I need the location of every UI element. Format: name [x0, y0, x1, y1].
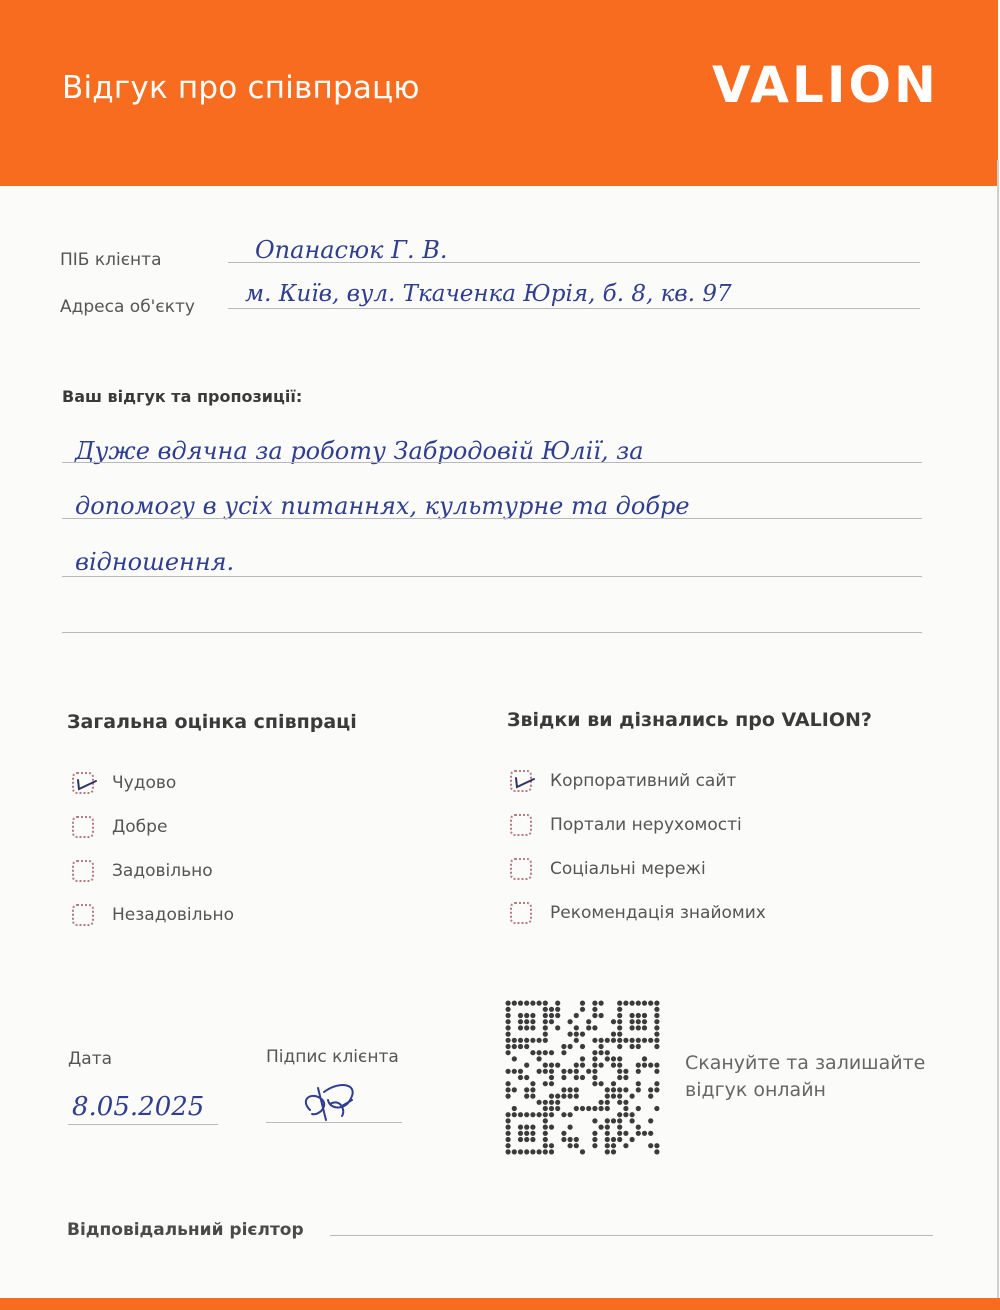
- rating-option[interactable]: Чудово: [72, 772, 176, 794]
- feedback-label: Ваш відгук та пропозиції:: [62, 387, 302, 406]
- page-edge: [997, 160, 999, 1300]
- source-option-label: Соціальні мережі: [550, 859, 706, 879]
- source-option-label: Рекомендація знайомих: [550, 903, 766, 923]
- checkbox[interactable]: [72, 860, 94, 882]
- checkmark-icon: [72, 770, 102, 796]
- rating-option-label: Задовільно: [112, 861, 213, 881]
- feedback-rule-1: [62, 462, 922, 463]
- footer-bar: [0, 1298, 1000, 1310]
- signature-field[interactable]: [290, 1070, 380, 1134]
- date-field[interactable]: 8.05.2025: [72, 1092, 204, 1122]
- checkbox[interactable]: [72, 904, 94, 926]
- feedback-line-2[interactable]: допомогу в усіх питаннях, культурне та д…: [75, 492, 690, 520]
- rating-option[interactable]: Задовільно: [72, 860, 213, 882]
- rating-option-label: Незадовільно: [112, 905, 234, 925]
- client-name-line: [228, 262, 920, 263]
- checkbox[interactable]: [510, 858, 532, 880]
- source-option[interactable]: Портали нерухомості: [510, 814, 742, 836]
- checkmark-icon: [510, 768, 540, 794]
- realtor-label: Відповідальний рієлтор: [67, 1220, 304, 1240]
- checkbox[interactable]: [510, 814, 532, 836]
- feedback-rule-4: [62, 632, 922, 633]
- feedback-rule-2: [62, 518, 922, 519]
- signature-label: Підпис клієнта: [266, 1047, 399, 1067]
- client-name-field[interactable]: Опанасюк Г. В.: [255, 236, 448, 264]
- qr-code-icon[interactable]: [505, 1000, 660, 1155]
- rating-option[interactable]: Незадовільно: [72, 904, 234, 926]
- rating-option-label: Добре: [112, 817, 167, 837]
- date-line: [68, 1124, 218, 1125]
- qr-text-line-2: відгук онлайн: [685, 1077, 925, 1104]
- signature-icon: [290, 1070, 380, 1130]
- feedback-line-1[interactable]: Дуже вдячна за роботу Забродовій Юлії, з…: [75, 437, 644, 465]
- source-title: Звідки ви дізнались про VALION?: [507, 709, 872, 731]
- form-header: Відгук про співпрацю VALION: [0, 0, 998, 186]
- address-label: Адреса об'єкту: [60, 297, 195, 317]
- source-option-label: Портали нерухомості: [550, 815, 742, 835]
- source-option-label: Корпоративний сайт: [550, 771, 736, 791]
- client-name-label: ПІБ клієнта: [60, 250, 162, 270]
- rating-option-label: Чудово: [112, 773, 176, 793]
- checkbox-checked[interactable]: [72, 772, 94, 794]
- feedback-rule-3: [62, 576, 922, 577]
- source-option[interactable]: Корпоративний сайт: [510, 770, 736, 792]
- form-title: Відгук про співпрацю: [62, 70, 420, 106]
- address-field[interactable]: м. Київ, вул. Ткаченка Юрія, б. 8, кв. 9…: [245, 281, 732, 307]
- date-label: Дата: [68, 1049, 112, 1069]
- qr-text-line-1: Скануйте та залишайте: [685, 1050, 925, 1077]
- checkbox-checked[interactable]: [510, 770, 532, 792]
- source-option[interactable]: Рекомендація знайомих: [510, 902, 766, 924]
- checkbox[interactable]: [72, 816, 94, 838]
- rating-option[interactable]: Добре: [72, 816, 167, 838]
- brand-logo: VALION: [712, 56, 939, 114]
- realtor-field[interactable]: [330, 1235, 933, 1236]
- rating-title: Загальна оцінка співпраці: [67, 711, 357, 733]
- address-line: [228, 308, 920, 309]
- feedback-line-3[interactable]: відношення.: [75, 548, 234, 576]
- qr-instructions: Скануйте та залишайте відгук онлайн: [685, 1050, 925, 1104]
- checkbox[interactable]: [510, 902, 532, 924]
- source-option[interactable]: Соціальні мережі: [510, 858, 706, 880]
- signature-line: [266, 1122, 402, 1123]
